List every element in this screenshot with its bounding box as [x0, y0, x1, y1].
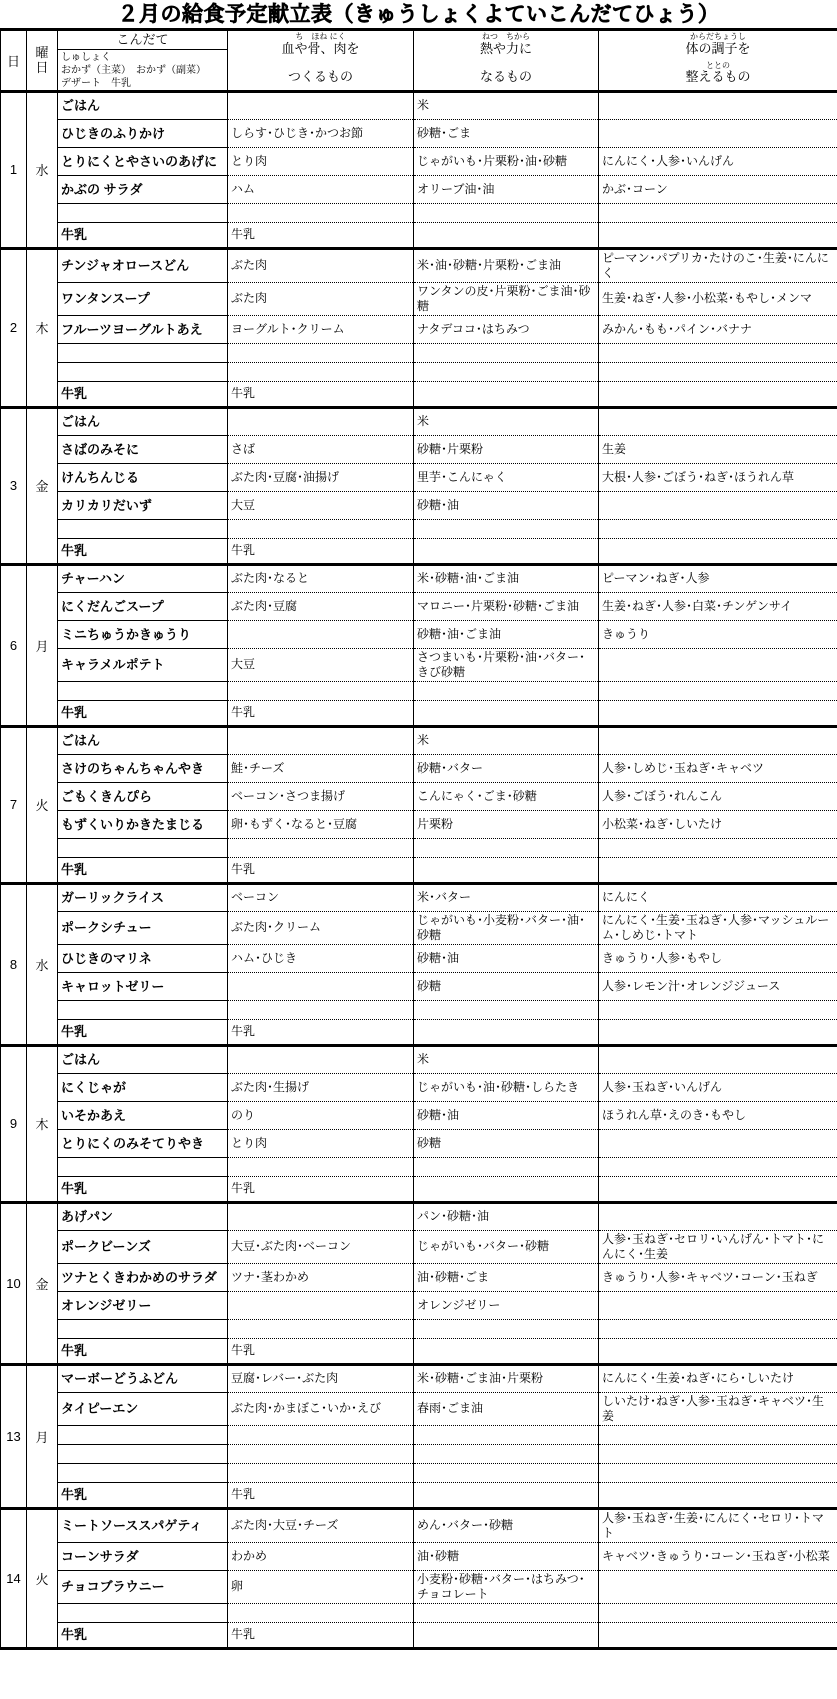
menu-item-cell: ミートソーススパゲティ [58, 1508, 228, 1542]
regulate-ingredients-cell: かぶ･コーン [599, 175, 837, 203]
menu-item-cell: ごもくきんぴら [58, 782, 228, 810]
menu-item-cell: チャーハン [58, 564, 228, 592]
menu-item-cell: 牛乳 [58, 381, 228, 407]
empty-row [1, 203, 837, 222]
menu-row: けんちんじるぶた肉･豆腐･油揚げ里芋･こんにゃく大根･人参･ごぼう･ねぎ･ほうれ… [1, 463, 837, 491]
energy-ingredients-cell [414, 1482, 599, 1508]
energy-ingredients-cell [414, 362, 599, 381]
regulate-ingredients-cell [599, 1202, 837, 1230]
protein-ingredients-cell: わかめ [228, 1542, 414, 1570]
menu-row: 7火ごはん米 [1, 726, 837, 754]
energy-ingredients-cell: さつまいも･片栗粉･油･バター･きび砂糖 [414, 648, 599, 681]
menu-row: いそかあえのり砂糖･油ほうれん草･えのき･もやし [1, 1101, 837, 1129]
energy-ingredients-cell: オレンジゼリー [414, 1291, 599, 1319]
day-block-9: 9木ごはん米にくじゃがぶた肉･生揚げじゃがいも･油･砂糖･しらたき人参･玉ねぎ･… [1, 1045, 837, 1202]
energy-ingredients-cell [414, 222, 599, 248]
protein-ingredients-cell: 卵･もずく･なると･豆腐 [228, 810, 414, 838]
regulate-ingredients-cell [599, 1622, 837, 1648]
empty-row [1, 1319, 837, 1338]
menu-item-cell [58, 343, 228, 362]
regulate-ingredients-cell: 生姜･ねぎ･人参･小松菜･もやし･メンマ [599, 282, 837, 315]
menu-item-cell: にくだんごスープ [58, 592, 228, 620]
menu-item-cell: 牛乳 [58, 1338, 228, 1364]
menu-row: ポークビーンズ大豆･ぶた肉･ベーコンじゃがいも･バター･砂糖人参･玉ねぎ･セロリ… [1, 1230, 837, 1263]
regulate-ingredients-cell [599, 857, 837, 883]
energy-ingredients-cell [414, 519, 599, 538]
energy-ingredients-cell: 米 [414, 726, 599, 754]
milk-row: 牛乳牛乳 [1, 222, 837, 248]
regulate-ingredients-cell [599, 700, 837, 726]
energy-ingredients-cell: こんにゃく･ごま･砂糖 [414, 782, 599, 810]
protein-ingredients-cell: 牛乳 [228, 1176, 414, 1202]
empty-row [1, 1000, 837, 1019]
empty-row [1, 1463, 837, 1482]
menu-header-line-dessert: デザート 牛乳 [61, 77, 224, 90]
menu-item-cell [58, 1463, 228, 1482]
energy-ingredients-cell: 砂糖･油･ごま油 [414, 620, 599, 648]
menu-row: ポークシチューぶた肉･クリームじゃがいも･小麦粉･バター･油･砂糖にんにく･生姜… [1, 911, 837, 944]
protein-ingredients-cell: ツナ･茎わかめ [228, 1263, 414, 1291]
regulate-ingredients-cell [599, 491, 837, 519]
protein-ingredients-cell: とり肉 [228, 1129, 414, 1157]
menu-item-cell: さばのみそに [58, 435, 228, 463]
regulate-ingredients-cell [599, 838, 837, 857]
regulate-ingredients-cell: にんにく･生姜･ねぎ･にら･しいたけ [599, 1364, 837, 1392]
energy-ingredients-cell [414, 343, 599, 362]
day-block-3: 3金ごはん米さばのみそにさば砂糖･片栗粉生姜けんちんじるぶた肉･豆腐･油揚げ里芋… [1, 407, 837, 564]
regulate-ingredients-cell [599, 1425, 837, 1444]
menu-row: 2木チンジャオロースどんぶた肉米･油･砂糖･片栗粉･ごま油ピーマン･パプリカ･た… [1, 248, 837, 282]
regulate-ingredients-cell [599, 1338, 837, 1364]
menu-row: ワンタンスープぶた肉ワンタンの皮･片栗粉･ごま油･砂糖生姜･ねぎ･人参･小松菜･… [1, 282, 837, 315]
energy-header-line2: なるもの [414, 70, 598, 85]
regulate-ingredients-cell [599, 1000, 837, 1019]
energy-ingredients-cell [414, 1338, 599, 1364]
protein-ingredients-cell [228, 972, 414, 1000]
energy-ingredients-cell [414, 1319, 599, 1338]
protein-ingredients-cell: ヨーグルト･クリーム [228, 315, 414, 343]
protein-ingredients-cell [228, 407, 414, 435]
day-block-13: 13月マーボーどうふどん豆腐･レバー･ぶた肉米･砂糖･ごま油･片栗粉にんにく･生… [1, 1364, 837, 1508]
menu-item-cell [58, 1425, 228, 1444]
menu-item-cell: オレンジゼリー [58, 1291, 228, 1319]
energy-ingredients-cell [414, 1019, 599, 1045]
menu-row: 8水ガーリックライスベーコン米･バターにんにく [1, 883, 837, 911]
regulate-ingredients-cell [599, 119, 837, 147]
energy-ingredients-cell: 米･バター [414, 883, 599, 911]
energy-ingredients-cell [414, 838, 599, 857]
milk-row: 牛乳牛乳 [1, 1622, 837, 1648]
day-number: 3 [1, 407, 27, 564]
regulate-ingredients-cell: 小松菜･ねぎ･しいたけ [599, 810, 837, 838]
menu-row: カリカリだいず大豆砂糖･油 [1, 491, 837, 519]
protein-ingredients-cell: ぶた肉･なると [228, 564, 414, 592]
day-block-2: 2木チンジャオロースどんぶた肉米･油･砂糖･片栗粉･ごま油ピーマン･パプリカ･た… [1, 248, 837, 407]
energy-ingredients-cell: 米 [414, 1045, 599, 1073]
energy-ingredients-cell: ワンタンの皮･片栗粉･ごま油･砂糖 [414, 282, 599, 315]
menu-item-cell: ひじきのふりかけ [58, 119, 228, 147]
protein-ingredients-cell [228, 1463, 414, 1482]
regulate-ingredients-cell [599, 1019, 837, 1045]
milk-row: 牛乳牛乳 [1, 700, 837, 726]
energy-ingredients-cell: 砂糖･ごま [414, 119, 599, 147]
menu-item-cell: ごはん [58, 1045, 228, 1073]
menu-header-subtitle: しゅしょく おかず（主菜） おかず（副菜） デザート 牛乳 [58, 50, 227, 90]
day-number: 2 [1, 248, 27, 407]
protein-ingredients-cell: とり肉 [228, 147, 414, 175]
regulate-ingredients-cell [599, 1463, 837, 1482]
menu-item-cell: けんちんじる [58, 463, 228, 491]
energy-ingredients-cell: 米 [414, 407, 599, 435]
menu-table: 日 曜日 こんだて しゅしょく おかず（主菜） おかず（副菜） デザート 牛乳 … [0, 28, 837, 1650]
menu-item-cell: キャロットゼリー [58, 972, 228, 1000]
weekday: 金 [27, 407, 58, 564]
menu-row: もずくいりかきたまじる卵･もずく･なると･豆腐片栗粉小松菜･ねぎ･しいたけ [1, 810, 837, 838]
regulate-ingredients-cell [599, 1129, 837, 1157]
day-number: 1 [1, 91, 27, 248]
regulate-ingredients-cell: しいたけ･ねぎ･人参･玉ねぎ･キャベツ･生姜 [599, 1392, 837, 1425]
menu-item-cell: さけのちゃんちゃんやき [58, 754, 228, 782]
menu-item-cell: マーボーどうふどん [58, 1364, 228, 1392]
menu-item-cell: 牛乳 [58, 1482, 228, 1508]
energy-ingredients-cell [414, 1176, 599, 1202]
energy-ingredients-cell: 春雨･ごま油 [414, 1392, 599, 1425]
day-block-7: 7火ごはん米さけのちゃんちゃんやき鮭･チーズ砂糖･バター人参･しめじ･玉ねぎ･キ… [1, 726, 837, 883]
energy-ingredients-cell [414, 538, 599, 564]
energy-ingredients-cell [414, 1157, 599, 1176]
protein-ingredients-cell: 大豆 [228, 648, 414, 681]
energy-ingredients-cell: じゃがいも･バター･砂糖 [414, 1230, 599, 1263]
protein-ingredients-cell: ぶた肉 [228, 282, 414, 315]
empty-row [1, 519, 837, 538]
energy-ingredients-cell: めん･バター･砂糖 [414, 1508, 599, 1542]
day-block-8: 8水ガーリックライスベーコン米･バターにんにくポークシチューぶた肉･クリームじゃ… [1, 883, 837, 1045]
energy-ingredients-cell: パン･砂糖･油 [414, 1202, 599, 1230]
regulate-ingredients-cell [599, 381, 837, 407]
empty-row [1, 1425, 837, 1444]
protein-ingredients-cell [228, 1444, 414, 1463]
regulate-ingredients-cell [599, 1157, 837, 1176]
menu-item-cell: ポークビーンズ [58, 1230, 228, 1263]
weekday: 木 [27, 248, 58, 407]
day-number: 14 [1, 1508, 27, 1648]
menu-item-cell: ミニちゅうかきゅうり [58, 620, 228, 648]
col-header-weekday: 曜日 [27, 30, 58, 92]
protein-ingredients-cell: ぶた肉･大豆･チーズ [228, 1508, 414, 1542]
menu-item-cell: ごはん [58, 407, 228, 435]
milk-row: 牛乳牛乳 [1, 1482, 837, 1508]
menu-row: にくだんごスープぶた肉･豆腐マロニー･片栗粉･砂糖･ごま油生姜･ねぎ･人参･白菜… [1, 592, 837, 620]
energy-ingredients-cell [414, 381, 599, 407]
menu-row: ごもくきんぴらベーコン･さつま揚げこんにゃく･ごま･砂糖人参･ごぼう･れんこん [1, 782, 837, 810]
regulate-ingredients-cell: 大根･人参･ごぼう･ねぎ･ほうれん草 [599, 463, 837, 491]
energy-header-line1: 熱や力に [414, 42, 598, 57]
energy-ingredients-cell: 砂糖 [414, 1129, 599, 1157]
protein-ingredients-cell [228, 726, 414, 754]
regulate-ingredients-cell [599, 343, 837, 362]
menu-row: さけのちゃんちゃんやき鮭･チーズ砂糖･バター人参･しめじ･玉ねぎ･キャベツ [1, 754, 837, 782]
menu-item-cell: コーンサラダ [58, 1542, 228, 1570]
milk-row: 牛乳牛乳 [1, 857, 837, 883]
weekday: 水 [27, 883, 58, 1045]
protein-ingredients-cell: 卵 [228, 1570, 414, 1603]
regulate-ingredients-cell: 人参･レモン汁･オレンジジュース [599, 972, 837, 1000]
menu-row: かぶの サラダハムオリーブ油･油かぶ･コーン [1, 175, 837, 203]
menu-row: ひじきのふりかけしらす･ひじき･かつお節砂糖･ごま [1, 119, 837, 147]
energy-ingredients-cell: じゃがいも･油･砂糖･しらたき [414, 1073, 599, 1101]
empty-row [1, 1444, 837, 1463]
protein-ingredients-cell: さば [228, 435, 414, 463]
regulate-ingredients-cell [599, 519, 837, 538]
menu-item-cell: ごはん [58, 726, 228, 754]
menu-row: 6月チャーハンぶた肉･なると米･砂糖･油･ごま油ピーマン･ねぎ･人参 [1, 564, 837, 592]
weekday: 月 [27, 1364, 58, 1508]
protein-ingredients-cell: ぶた肉 [228, 248, 414, 282]
menu-row: 9木ごはん米 [1, 1045, 837, 1073]
menu-item-cell: 牛乳 [58, 222, 228, 248]
menu-row: フルーツヨーグルトあえヨーグルト･クリームナタデココ･はちみつみかん･もも･パイ… [1, 315, 837, 343]
milk-row: 牛乳牛乳 [1, 1019, 837, 1045]
menu-row: 3金ごはん米 [1, 407, 837, 435]
protein-ingredients-cell [228, 1425, 414, 1444]
menu-row: タイピーエンぶた肉･かまぼこ･いか･えび春雨･ごま油しいたけ･ねぎ･人参･玉ねぎ… [1, 1392, 837, 1425]
menu-item-cell [58, 1157, 228, 1176]
protein-ingredients-cell [228, 203, 414, 222]
protein-ingredients-cell [228, 91, 414, 119]
regulate-ingredients-cell [599, 362, 837, 381]
regulate-ingredients-cell: きゅうり [599, 620, 837, 648]
energy-ingredients-cell: 里芋･こんにゃく [414, 463, 599, 491]
menu-item-cell: カリカリだいず [58, 491, 228, 519]
regulate-ingredients-cell: にんにく [599, 883, 837, 911]
energy-ingredients-cell: 砂糖･油 [414, 944, 599, 972]
protein-ingredients-cell: 牛乳 [228, 538, 414, 564]
protein-ingredients-cell [228, 519, 414, 538]
day-block-14: 14火ミートソーススパゲティぶた肉･大豆･チーズめん･バター･砂糖人参･玉ねぎ･… [1, 1508, 837, 1648]
menu-row: ひじきのマリネハム･ひじき砂糖･油きゅうり･人参･もやし [1, 944, 837, 972]
menu-item-cell [58, 203, 228, 222]
menu-row: さばのみそにさば砂糖･片栗粉生姜 [1, 435, 837, 463]
energy-ingredients-cell [414, 857, 599, 883]
milk-row: 牛乳牛乳 [1, 538, 837, 564]
energy-ingredients-cell: 砂糖 [414, 972, 599, 1000]
protein-ingredients-cell: ぶた肉･クリーム [228, 911, 414, 944]
menu-item-cell: ワンタンスープ [58, 282, 228, 315]
menu-item-cell: いそかあえ [58, 1101, 228, 1129]
protein-ingredients-cell [228, 1157, 414, 1176]
protein-ingredients-cell: しらす･ひじき･かつお節 [228, 119, 414, 147]
regulate-header-line1: 体の調子を [599, 42, 837, 57]
energy-ingredients-cell: 油･砂糖 [414, 1542, 599, 1570]
menu-item-cell: とりにくとやさいのあげに [58, 147, 228, 175]
protein-ingredients-cell: ベーコン [228, 883, 414, 911]
energy-ingredients-cell: じゃがいも･小麦粉･バター･油･砂糖 [414, 911, 599, 944]
menu-row: キャロットゼリー砂糖人参･レモン汁･オレンジジュース [1, 972, 837, 1000]
menu-header-line-okazu: おかず（主菜） おかず（副菜） [61, 64, 224, 77]
protein-ingredients-cell [228, 362, 414, 381]
regulate-ingredients-cell [599, 1176, 837, 1202]
protein-ingredients-cell: ぶた肉･生揚げ [228, 1073, 414, 1101]
menu-item-cell: ツナとくきわかめのサラダ [58, 1263, 228, 1291]
regulate-ingredients-cell [599, 1291, 837, 1319]
menu-item-cell: 牛乳 [58, 538, 228, 564]
energy-ingredients-cell: じゃがいも･片栗粉･油･砂糖 [414, 147, 599, 175]
protein-ingredients-cell: 牛乳 [228, 381, 414, 407]
energy-ingredients-cell: ナタデココ･はちみつ [414, 315, 599, 343]
menu-row: 14火ミートソーススパゲティぶた肉･大豆･チーズめん･バター･砂糖人参･玉ねぎ･… [1, 1508, 837, 1542]
menu-item-cell [58, 519, 228, 538]
menu-row: とりにくとやさいのあげにとり肉じゃがいも･片栗粉･油･砂糖にんにく･人参･いんげ… [1, 147, 837, 175]
day-block-6: 6月チャーハンぶた肉･なると米･砂糖･油･ごま油ピーマン･ねぎ･人参にくだんごス… [1, 564, 837, 726]
energy-ingredients-cell [414, 203, 599, 222]
menu-item-cell: チョコブラウニー [58, 1570, 228, 1603]
protein-header-line1: 血や骨、肉を [228, 42, 413, 57]
menu-item-cell: 牛乳 [58, 857, 228, 883]
milk-row: 牛乳牛乳 [1, 1338, 837, 1364]
empty-row [1, 681, 837, 700]
energy-ingredients-cell [414, 1000, 599, 1019]
regulate-ingredients-cell: 生姜･ねぎ･人参･白菜･チンゲンサイ [599, 592, 837, 620]
energy-ingredients-cell [414, 700, 599, 726]
menu-row: ツナとくきわかめのサラダツナ･茎わかめ油･砂糖･ごまきゅうり･人参･キャベツ･コ… [1, 1263, 837, 1291]
protein-ingredients-cell [228, 343, 414, 362]
protein-ingredients-cell: 豆腐･レバー･ぶた肉 [228, 1364, 414, 1392]
protein-ingredients-cell [228, 620, 414, 648]
menu-row: ミニちゅうかきゅうり砂糖･油･ごま油きゅうり [1, 620, 837, 648]
protein-ingredients-cell [228, 1045, 414, 1073]
regulate-ingredients-cell: 人参･ごぼう･れんこん [599, 782, 837, 810]
regulate-ingredients-cell: ピーマン･ねぎ･人参 [599, 564, 837, 592]
table-header: 日 曜日 こんだて しゅしょく おかず（主菜） おかず（副菜） デザート 牛乳 … [1, 30, 837, 92]
protein-ingredients-cell: 牛乳 [228, 1338, 414, 1364]
protein-ingredients-cell: 鮭･チーズ [228, 754, 414, 782]
regulate-ingredients-cell: 人参･玉ねぎ･生姜･にんにく･セロリ･トマト [599, 1508, 837, 1542]
menu-row: オレンジゼリーオレンジゼリー [1, 1291, 837, 1319]
protein-ingredients-cell: 牛乳 [228, 1622, 414, 1648]
menu-row: 10金あげパンパン･砂糖･油 [1, 1202, 837, 1230]
energy-ingredients-cell: 米 [414, 91, 599, 119]
protein-ingredients-cell: 大豆･ぶた肉･ベーコン [228, 1230, 414, 1263]
protein-ingredients-cell: ハム [228, 175, 414, 203]
empty-row [1, 1603, 837, 1622]
protein-ingredients-cell: 大豆 [228, 491, 414, 519]
regulate-ingredients-cell [599, 1444, 837, 1463]
day-number: 10 [1, 1202, 27, 1364]
col-header-energy: ねつ ちから 熱や力に なるもの [414, 30, 599, 92]
menu-item-cell: タイピーエン [58, 1392, 228, 1425]
protein-ingredients-cell: 牛乳 [228, 700, 414, 726]
protein-ingredients-cell [228, 681, 414, 700]
day-number: 9 [1, 1045, 27, 1202]
regulate-ingredients-cell: ほうれん草･えのき･もやし [599, 1101, 837, 1129]
menu-item-cell [58, 681, 228, 700]
protein-ingredients-cell: 牛乳 [228, 1482, 414, 1508]
regulate-ingredients-cell: みかん･もも･パイン･バナナ [599, 315, 837, 343]
menu-item-cell [58, 1603, 228, 1622]
menu-item-cell [58, 1444, 228, 1463]
regulate-ingredients-cell [599, 538, 837, 564]
day-number: 8 [1, 883, 27, 1045]
energy-ingredients-cell: 砂糖･油 [414, 1101, 599, 1129]
weekday: 木 [27, 1045, 58, 1202]
day-block-1: 1水ごはん米ひじきのふりかけしらす･ひじき･かつお節砂糖･ごまとりにくとやさいの… [1, 91, 837, 248]
col-header-menu: こんだて しゅしょく おかず（主菜） おかず（副菜） デザート 牛乳 [58, 30, 228, 92]
weekday: 火 [27, 1508, 58, 1648]
regulate-ingredients-cell [599, 1482, 837, 1508]
day-number: 6 [1, 564, 27, 726]
menu-item-cell: 牛乳 [58, 1622, 228, 1648]
protein-ingredients-cell [228, 1000, 414, 1019]
energy-ingredients-cell: 小麦粉･砂糖･バター･はちみつ･チョコレート [414, 1570, 599, 1603]
menu-item-cell: ポークシチュー [58, 911, 228, 944]
regulate-ingredients-cell [599, 91, 837, 119]
protein-ingredients-cell: 牛乳 [228, 857, 414, 883]
regulate-ingredients-cell [599, 1319, 837, 1338]
protein-ingredients-cell: ハム･ひじき [228, 944, 414, 972]
regulate-ingredients-cell: 生姜 [599, 435, 837, 463]
regulate-ingredients-cell: 人参･玉ねぎ･セロリ･いんげん･トマト･にんにく･生姜 [599, 1230, 837, 1263]
menu-item-cell [58, 362, 228, 381]
menu-row: 13月マーボーどうふどん豆腐･レバー･ぶた肉米･砂糖･ごま油･片栗粉にんにく･生… [1, 1364, 837, 1392]
protein-ingredients-cell [228, 1291, 414, 1319]
regulate-ingredients-cell [599, 1570, 837, 1603]
regulate-header-line2: 整えるもの [599, 70, 837, 85]
menu-item-cell: かぶの サラダ [58, 175, 228, 203]
protein-ingredients-cell: 牛乳 [228, 1019, 414, 1045]
regulate-ingredients-cell [599, 222, 837, 248]
col-header-regulate: からだちょうし 体の調子を ととの 整えるもの [599, 30, 837, 92]
milk-row: 牛乳牛乳 [1, 1176, 837, 1202]
empty-row [1, 1157, 837, 1176]
day-number: 13 [1, 1364, 27, 1508]
menu-item-cell [58, 1319, 228, 1338]
menu-item-cell [58, 838, 228, 857]
protein-ingredients-cell: ぶた肉･かまぼこ･いか･えび [228, 1392, 414, 1425]
protein-ingredients-cell: ぶた肉･豆腐 [228, 592, 414, 620]
milk-row: 牛乳牛乳 [1, 381, 837, 407]
energy-ingredients-cell [414, 1444, 599, 1463]
weekday: 水 [27, 91, 58, 248]
regulate-ingredients-cell: 人参･玉ねぎ･いんげん [599, 1073, 837, 1101]
page-title: ２月の給食予定献立表（きゅうしょくよていこんだてひょう） [0, 2, 837, 28]
protein-ingredients-cell [228, 838, 414, 857]
regulate-ingredients-cell: にんにく･人参･いんげん [599, 147, 837, 175]
weekday: 月 [27, 564, 58, 726]
menu-row: 1水ごはん米 [1, 91, 837, 119]
empty-row [1, 362, 837, 381]
regulate-ingredients-cell [599, 726, 837, 754]
regulate-ingredients-cell [599, 203, 837, 222]
menu-item-cell: とりにくのみそてりやき [58, 1129, 228, 1157]
weekday: 火 [27, 726, 58, 883]
regulate-ingredients-cell: にんにく･生姜･玉ねぎ･人参･マッシュルーム･しめじ･トマト [599, 911, 837, 944]
energy-ingredients-cell: 砂糖･片栗粉 [414, 435, 599, 463]
energy-ingredients-cell [414, 1622, 599, 1648]
regulate-ingredients-cell: ピーマン･パプリカ･たけのこ･生姜･にんにく [599, 248, 837, 282]
regulate-ingredients-cell [599, 1045, 837, 1073]
col-header-day: 日 [1, 30, 27, 92]
menu-row: コーンサラダわかめ油･砂糖キャベツ･きゅうり･コーン･玉ねぎ･小松菜 [1, 1542, 837, 1570]
empty-row [1, 343, 837, 362]
menu-item-cell: ひじきのマリネ [58, 944, 228, 972]
energy-ingredients-cell: 砂糖･油 [414, 491, 599, 519]
menu-item-cell: キャラメルポテト [58, 648, 228, 681]
day-block-10: 10金あげパンパン･砂糖･油ポークビーンズ大豆･ぶた肉･ベーコンじゃがいも･バタ… [1, 1202, 837, 1364]
regulate-ingredients-cell: きゅうり･人参･もやし [599, 944, 837, 972]
energy-ingredients-cell: 片栗粉 [414, 810, 599, 838]
regulate-ingredients-cell [599, 1603, 837, 1622]
menu-header-title: こんだて [58, 31, 227, 50]
